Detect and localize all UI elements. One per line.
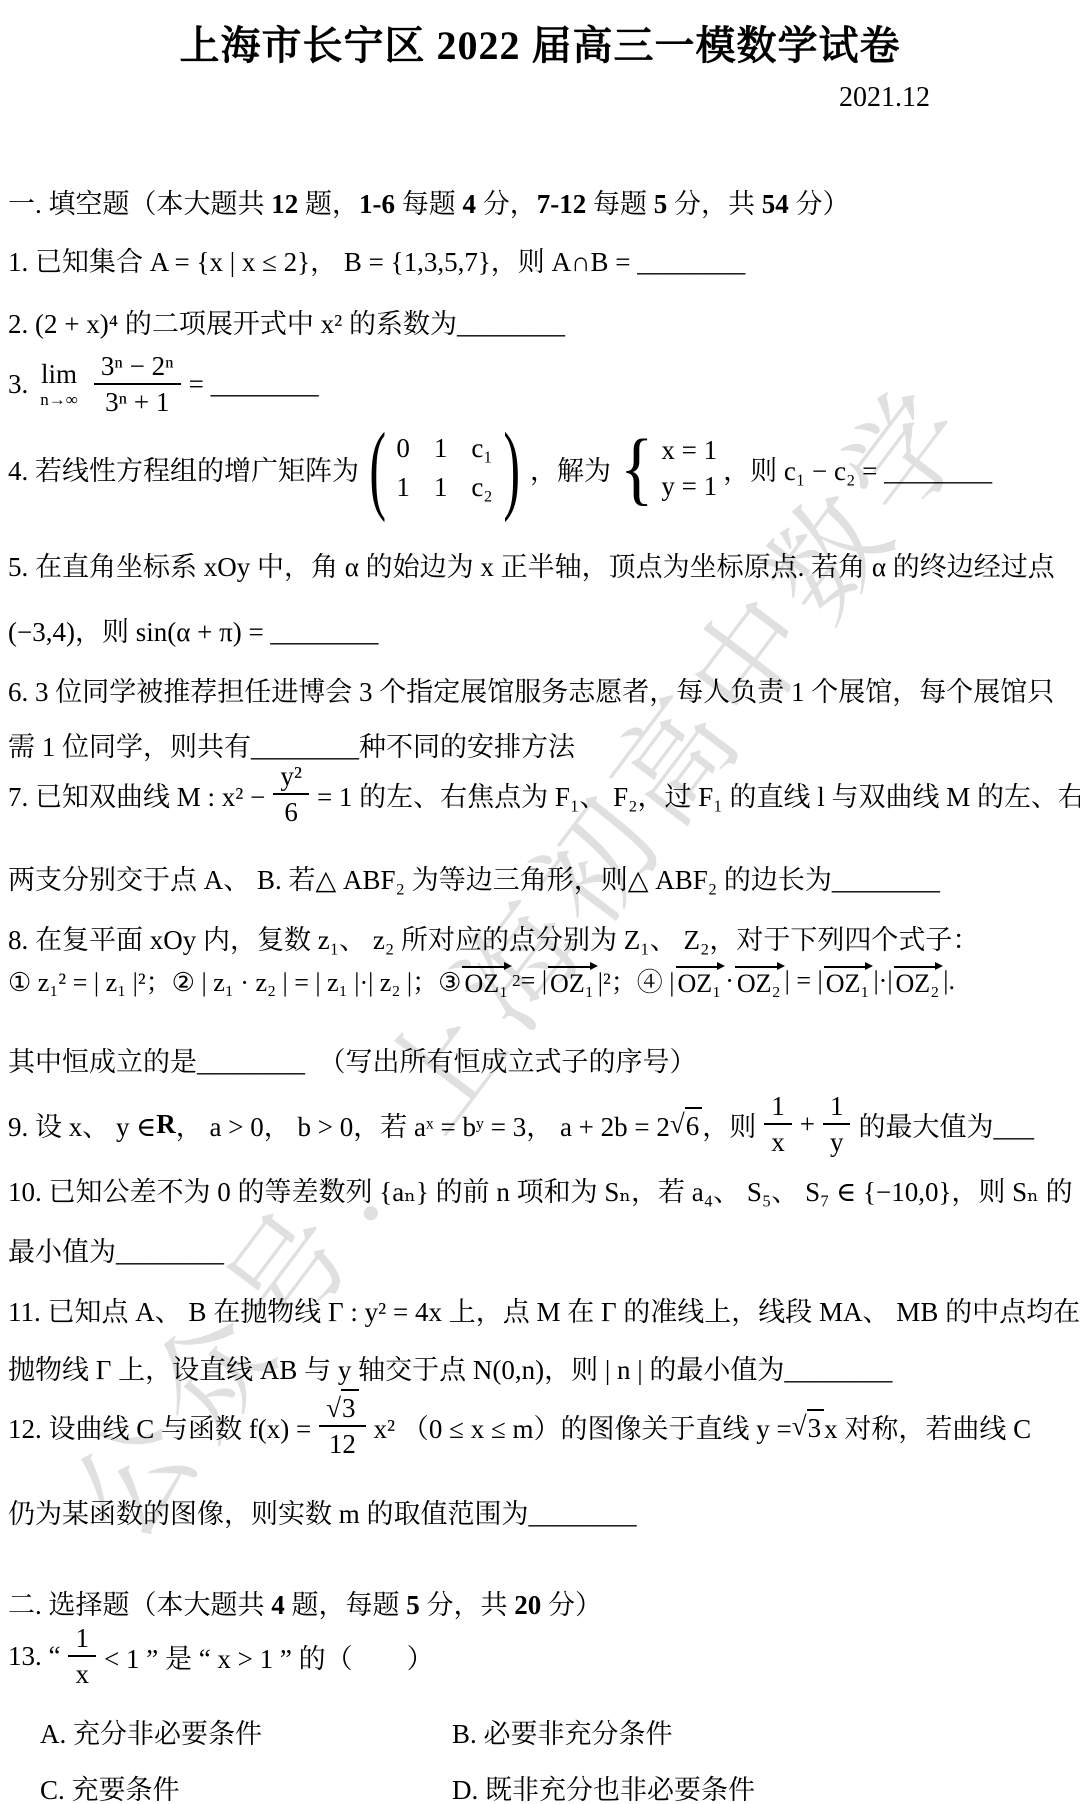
heading-text: 分， bbox=[476, 189, 537, 219]
radical-sign: √ bbox=[792, 1411, 807, 1442]
q4-text: 4. 若线性方程组的增广矩阵为 bbox=[8, 449, 359, 488]
section1-heading: 一. 填空题（本大题共 12 题，1-6 每题 4 分，7-12 每题 5 分，… bbox=[8, 182, 850, 221]
heading-number: 54 bbox=[762, 189, 789, 219]
fraction-denominator: 3ⁿ + 1 bbox=[98, 385, 176, 418]
heading-number: 12 bbox=[271, 189, 298, 219]
vector-OZ1: OZ₁ bbox=[547, 962, 598, 999]
lim-word: lim bbox=[41, 361, 77, 388]
question-8-line1: 8. 在复平面 xOy 内，复数 z₁、 z₂ 所对应的点分别为 Z₁、 Z₂，… bbox=[8, 918, 979, 957]
fraction-denominator: x bbox=[68, 1657, 96, 1690]
exam-title: 上海市长宁区 2022 届高三一模数学试卷 bbox=[0, 14, 1080, 71]
heading-number: 1-6 bbox=[359, 189, 395, 219]
matrix-grid: 0 1 c₁ 1 1 c₂ bbox=[394, 433, 494, 503]
exam-date: 2021.12 bbox=[839, 82, 930, 114]
heading-number: 4 bbox=[463, 189, 477, 219]
lim-subscript: n→∞ bbox=[40, 391, 78, 408]
left-paren: ( bbox=[369, 428, 386, 508]
question-7-line2: 两支分别交于点 A、 B. 若△ ABF₂ 为等边三角形，则△ ABF₂ 的边长… bbox=[8, 858, 940, 897]
fraction: √3 12 bbox=[319, 1392, 365, 1461]
question-10-line2: 最小值为________ bbox=[8, 1230, 224, 1269]
option-C: C. 充要条件 bbox=[40, 1768, 180, 1804]
fraction-denominator: y bbox=[823, 1125, 851, 1158]
heading-text: 一. 填空题（本大题共 bbox=[8, 189, 271, 219]
question-8-line3: 其中恒成立的是________ （写出所有恒成立式子的序号） bbox=[8, 1040, 697, 1079]
q8-formula-text: · bbox=[725, 966, 734, 996]
fraction-numerator: √3 bbox=[319, 1392, 365, 1427]
q9-text: 9. 设 x、 y ∈ bbox=[8, 1105, 156, 1144]
left-brace: { bbox=[620, 433, 653, 503]
question-6-line1: 6. 3 位同学被推荐担任进博会 3 个指定展馆服务志愿者，每人负责 1 个展馆… bbox=[8, 670, 1054, 709]
question-6-line2: 需 1 位同学，则共有________种不同的安排方法 bbox=[8, 725, 575, 764]
question-5-line2: (−3,4)，则 sin(α + π) = ________ bbox=[8, 610, 378, 649]
q9-text: ， a > 0， b > 0，若 aˣ = bʸ = 3， a + 2b = 2 bbox=[176, 1105, 670, 1144]
q4-tail: ，则 c₁ − c₂ = ________ bbox=[723, 449, 992, 488]
radicand: 3 bbox=[807, 1409, 825, 1444]
fraction: 1 x bbox=[68, 1622, 96, 1691]
question-4: 4. 若线性方程组的增广矩阵为 ( 0 1 c₁ 1 1 c₂ ) ，解为 { … bbox=[8, 428, 992, 508]
q12-text: x² （0 ≤ x ≤ m）的图像关于直线 y = bbox=[374, 1407, 792, 1446]
fraction-denominator: x bbox=[764, 1125, 792, 1158]
q9-tail: 的最大值为___ bbox=[858, 1105, 1034, 1144]
question-7-line1: 7. 已知双曲线 M : x² − y² 6 = 1 的左、右焦点为 F₁、 F… bbox=[8, 760, 1080, 829]
q13-text: 13. “ bbox=[8, 1641, 60, 1672]
matrix-cell: 0 bbox=[396, 433, 410, 464]
matrix-cell: c₂ bbox=[471, 472, 492, 503]
q8-formula-text: |²；④ | bbox=[598, 962, 675, 999]
heading-text: 每题 bbox=[395, 189, 463, 219]
equation-system: { x = 1 y = 1 bbox=[617, 432, 717, 505]
question-5-line1: 5. 在直角坐标系 xOy 中，角 α 的始边为 x 正半轴，顶点为坐标原点. … bbox=[8, 545, 1055, 584]
question-12-line1: 12. 设曲线 C 与函数 f(x) = √3 12 x² （0 ≤ x ≤ m… bbox=[8, 1392, 1031, 1461]
matrix-cell: 1 bbox=[396, 472, 410, 503]
heading-text: 题，每题 bbox=[285, 1590, 407, 1620]
heading-number: 5 bbox=[406, 1590, 420, 1620]
fraction: 1 x bbox=[764, 1090, 792, 1159]
q7-text: 7. 已知双曲线 M : x² − bbox=[8, 775, 265, 814]
heading-text: 分） bbox=[541, 1590, 602, 1620]
vector-OZ2: OZ₂ bbox=[734, 962, 785, 999]
q8-formula-text: |·| bbox=[873, 966, 892, 996]
vector-OZ2: OZ₂ bbox=[893, 962, 944, 999]
radicand: 6 bbox=[685, 1107, 703, 1142]
fraction-denominator: 6 bbox=[277, 795, 305, 828]
q3-tail: = ________ bbox=[189, 369, 319, 400]
limit-operator: lim n→∞ bbox=[40, 361, 78, 408]
augmented-matrix: ( 0 1 c₁ 1 1 c₂ ) bbox=[361, 428, 528, 508]
option-A: A. 充分非必要条件 bbox=[40, 1712, 262, 1751]
question-3: 3. lim n→∞ 3ⁿ − 2ⁿ 3ⁿ + 1 = ________ bbox=[8, 350, 319, 419]
q8-formula-text: | = | bbox=[785, 966, 823, 996]
system-row: y = 1 bbox=[661, 468, 717, 504]
q3-number: 3. bbox=[8, 369, 28, 400]
matrix-cell: 1 bbox=[434, 433, 448, 464]
matrix-cell: 1 bbox=[434, 472, 448, 503]
radical-sign: √ bbox=[326, 1393, 341, 1423]
question-2: 2. (2 + x)⁴ 的二项展开式中 x² 的系数为________ bbox=[8, 302, 565, 341]
heading-number: 20 bbox=[514, 1590, 541, 1620]
superscript-2: 2 bbox=[512, 971, 521, 991]
question-9: 9. 设 x、 y ∈ R ， a > 0， b > 0，若 aˣ = bʸ =… bbox=[8, 1090, 1034, 1159]
plus-sign: + bbox=[800, 1109, 815, 1140]
q12-text: 12. 设曲线 C 与函数 f(x) = bbox=[8, 1407, 311, 1446]
fraction-numerator: 3ⁿ − 2ⁿ bbox=[94, 350, 181, 385]
fraction: 3ⁿ − 2ⁿ 3ⁿ + 1 bbox=[94, 350, 181, 419]
heading-text: 二. 选择题（本大题共 bbox=[8, 1590, 271, 1620]
q8-formula-text: |. bbox=[943, 966, 955, 996]
heading-text: 题， bbox=[298, 189, 359, 219]
q13-text: < 1 ” 是 “ x > 1 ” 的（ ） bbox=[104, 1637, 434, 1676]
fraction-numerator: 1 bbox=[764, 1090, 792, 1125]
vector-OZ1: OZ₁ bbox=[823, 962, 874, 999]
q8-formula-text: ① z₁² = | z₁ |²；② | z₁ · z₂ | = | z₁ |·|… bbox=[8, 962, 461, 999]
q4-text: ，解为 bbox=[530, 449, 611, 488]
heading-text: 分，共 bbox=[420, 1590, 515, 1620]
matrix-cell: c₁ bbox=[471, 433, 492, 464]
q12-text: x 对称，若曲线 C bbox=[824, 1407, 1031, 1446]
heading-number: 5 bbox=[654, 189, 668, 219]
option-D: D. 既非充分也非必要条件 bbox=[452, 1768, 755, 1804]
vector-OZ1: OZ₁ bbox=[675, 962, 726, 999]
question-11-line2: 抛物线 Γ 上，设直线 AB 与 y 轴交于点 N(0,n)，则 | n | 的… bbox=[8, 1348, 892, 1387]
system-row: x = 1 bbox=[661, 432, 717, 468]
question-11-line1: 11. 已知点 A、 B 在抛物线 Γ : y² = 4x 上，点 M 在 Γ … bbox=[8, 1290, 1080, 1329]
heading-text: 分） bbox=[789, 189, 850, 219]
fraction: 1 y bbox=[823, 1090, 851, 1159]
fraction-denominator: 12 bbox=[322, 1427, 363, 1460]
section2-heading: 二. 选择题（本大题共 4 题，每题 5 分，共 20 分） bbox=[8, 1583, 602, 1622]
q8-formula-text: = | bbox=[521, 966, 547, 996]
question-12-line2: 仍为某函数的图像，则实数 m 的取值范围为________ bbox=[8, 1492, 637, 1531]
heading-number: 7-12 bbox=[537, 189, 587, 219]
question-1: 1. 已知集合 A = {x | x ≤ 2}， B = {1,3,5,7}，则… bbox=[8, 240, 745, 279]
question-13: 13. “ 1 x < 1 ” 是 “ x > 1 ” 的（ ） bbox=[8, 1622, 434, 1691]
fraction-numerator: y² bbox=[273, 760, 309, 795]
system-rows: x = 1 y = 1 bbox=[661, 432, 717, 505]
fraction: y² 6 bbox=[273, 760, 309, 829]
real-number-symbol: R bbox=[156, 1109, 176, 1140]
q7-text: = 1 的左、右焦点为 F₁、 F₂，过 F₁ 的直线 l 与双曲线 M 的左、… bbox=[317, 775, 1080, 814]
option-B: B. 必要非充分条件 bbox=[452, 1712, 673, 1751]
right-paren: ) bbox=[503, 428, 520, 508]
exam-page: 公众号：上海初高中数学 上海市长宁区 2022 届高三一模数学试卷 2021.1… bbox=[0, 0, 1080, 1804]
fraction-numerator: 1 bbox=[823, 1090, 851, 1125]
heading-number: 4 bbox=[271, 1590, 285, 1620]
question-10-line1: 10. 已知公差不为 0 的等差数列 {aₙ} 的前 n 项和为 Sₙ，若 a₄… bbox=[8, 1170, 1073, 1209]
heading-text: 每题 bbox=[586, 189, 654, 219]
fraction-numerator: 1 bbox=[68, 1622, 96, 1657]
heading-text: 分，共 bbox=[667, 189, 762, 219]
radical-sign: √ bbox=[670, 1109, 685, 1140]
vector-OZ1: OZ₁ bbox=[461, 962, 512, 999]
radicand: 3 bbox=[341, 1389, 359, 1423]
question-8-formulas: ① z₁² = | z₁ |²；② | z₁ · z₂ | = | z₁ |·|… bbox=[8, 962, 955, 999]
q9-text: ，则 bbox=[702, 1105, 756, 1144]
